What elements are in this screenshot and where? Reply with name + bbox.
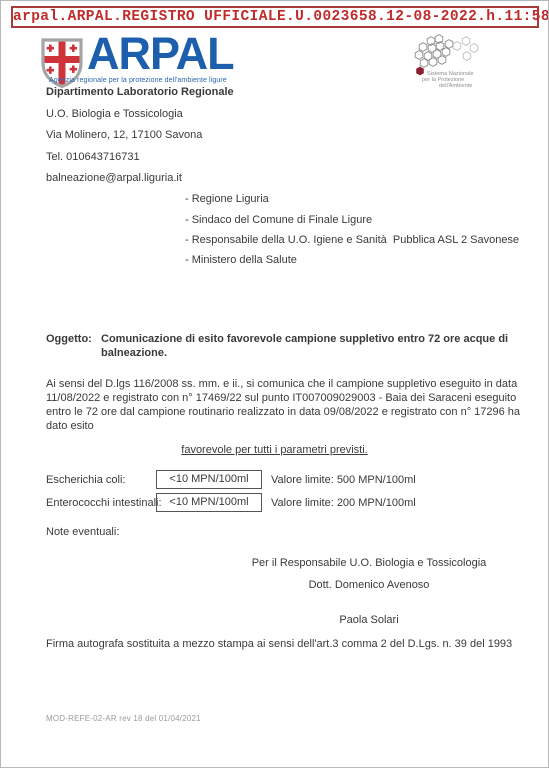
recipient-line: - Regione Liguria bbox=[185, 193, 269, 205]
parameter-limit: Valore limite: 200 MPN/100ml bbox=[271, 497, 416, 509]
signature-disclaimer: Firma autografa sostituita a mezzo stamp… bbox=[46, 638, 512, 650]
result-row-escherichia: Escherichia coli: <10 MPN/100ml Valore l… bbox=[46, 470, 526, 490]
signature-name-1: Dott. Domenico Avenoso bbox=[219, 579, 519, 591]
snpa-text-line3: dell'Ambiente bbox=[439, 83, 472, 89]
address-line: Via Molinero, 12, 17100 Savona bbox=[46, 129, 202, 141]
parameter-value-box: <10 MPN/100ml bbox=[156, 493, 262, 512]
document-page: arpal.ARPAL.REGISTRO UFFICIALE.U.0023658… bbox=[0, 0, 549, 768]
notes-label: Note eventuali: bbox=[46, 526, 119, 538]
phone-line: Tel. 010643716731 bbox=[46, 151, 140, 163]
department-name: Dipartimento Laboratorio Regionale bbox=[46, 86, 234, 98]
unit-name: U.O. Biologia e Tossicologia bbox=[46, 108, 183, 120]
snpa-logo-icon: Sistema Nazionale per la Protezione dell… bbox=[411, 34, 501, 90]
arpal-tagline: Agenzia regionale per la protezione dell… bbox=[49, 77, 227, 84]
body-paragraph: Ai sensi del D.lgs 116/2008 ss. mm. e ii… bbox=[46, 377, 524, 433]
subject-label: Oggetto: bbox=[46, 332, 101, 360]
subject-row: Oggetto: Comunicazione di esito favorevo… bbox=[46, 332, 516, 360]
parameter-label: Enterococchi intestinali: bbox=[46, 497, 162, 509]
recipient-line: - Responsabile della U.O. Igiene e Sanit… bbox=[185, 234, 519, 246]
subject-text: Comunicazione di esito favorevole campio… bbox=[101, 332, 516, 360]
signature-role: Per il Responsabile U.O. Biologia e Toss… bbox=[219, 557, 519, 569]
result-row-enterococchi: Enterococchi intestinali: <10 MPN/100ml … bbox=[46, 493, 526, 513]
recipient-line: - Ministero della Salute bbox=[185, 254, 297, 266]
footer-doc-code: MOD-REFE-02-AR rev 18 del 01/04/2021 bbox=[46, 714, 201, 723]
snpa-red-hexagon bbox=[416, 67, 424, 76]
registry-text: arpal.ARPAL.REGISTRO UFFICIALE.U.0023658… bbox=[13, 9, 549, 25]
recipient-line: - Sindaco del Comune di Finale Ligure bbox=[185, 214, 372, 226]
parameter-label: Escherichia coli: bbox=[46, 474, 125, 486]
email-line: balneazione@arpal.liguria.it bbox=[46, 172, 182, 184]
arpal-wordmark: ARPAL bbox=[87, 31, 234, 77]
parameter-value-box: <10 MPN/100ml bbox=[156, 470, 262, 489]
parameter-limit: Valore limite: 500 MPN/100ml bbox=[271, 474, 416, 486]
registry-stamp: arpal.ARPAL.REGISTRO UFFICIALE.U.0023658… bbox=[11, 6, 539, 28]
outcome-line: favorevole per tutti i parametri previst… bbox=[1, 444, 548, 456]
signature-name-2: Paola Solari bbox=[219, 614, 519, 626]
